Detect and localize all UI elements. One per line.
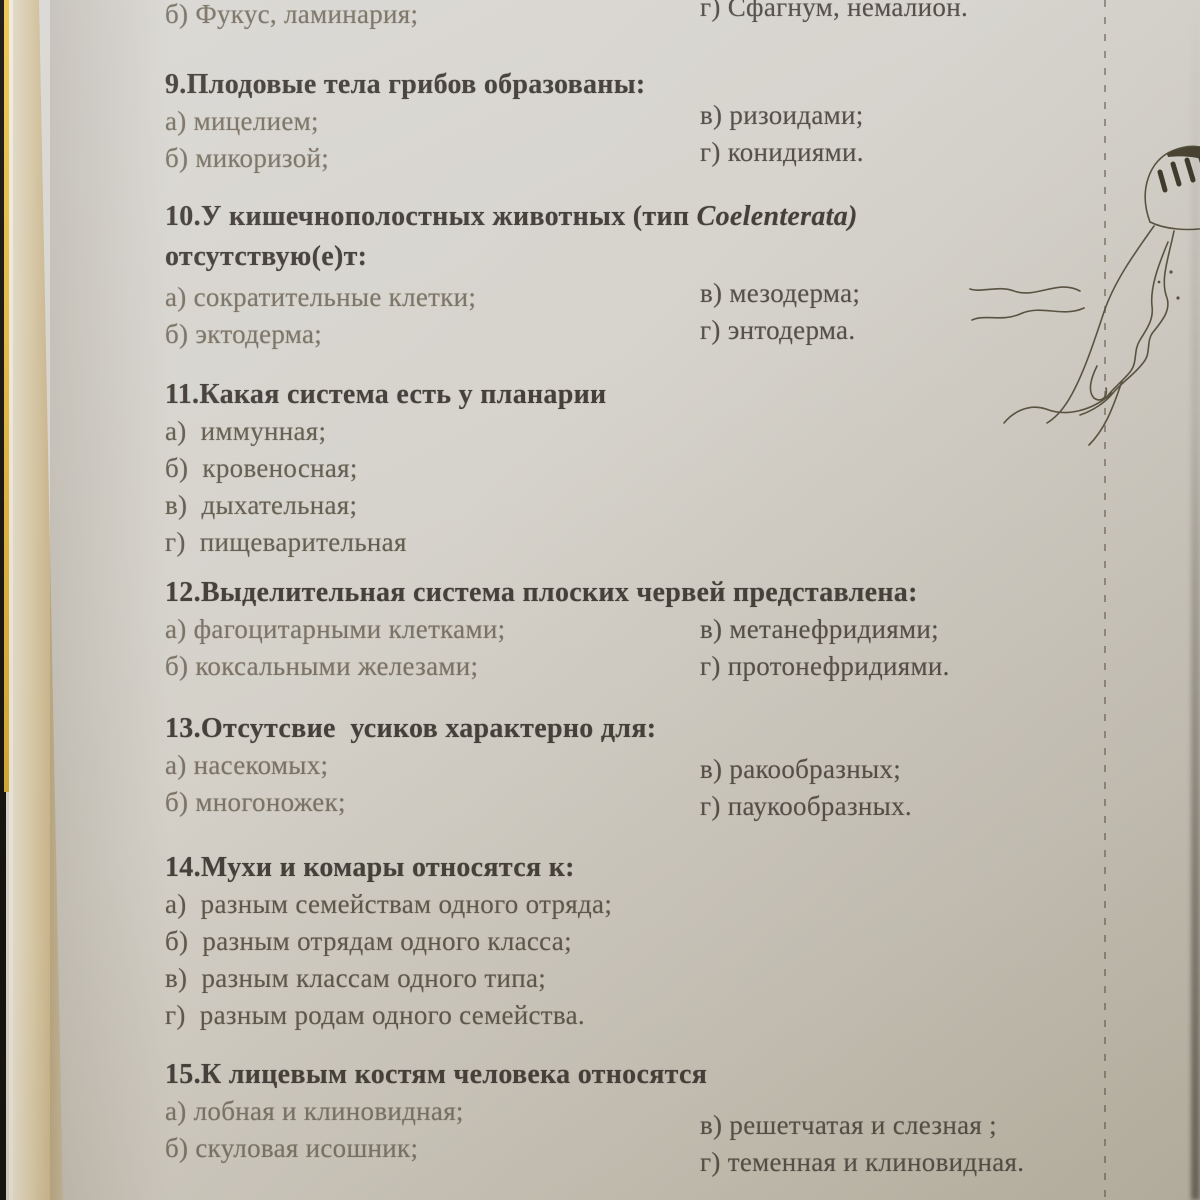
option-a-label: а) лобная и клиновидная; [165, 1093, 700, 1130]
option-b-label: б) коксальными железами; [165, 648, 700, 685]
option-g-label: г) протонефридиями. [700, 648, 1095, 685]
option-g-label: г) Сфагнум, немалион. [700, 0, 1095, 26]
option-g-label: г) пищеварительная [165, 524, 700, 561]
option-v-label: в) мезодерма; [700, 275, 1095, 312]
option-g-label: г) теменная и клиновидная. [700, 1144, 1095, 1181]
latin-name: Coelenterata) [697, 201, 858, 232]
test-page-photo: б) Фукус, ламинария; г) Сфагнум, немалио… [0, 0, 1200, 1200]
question-9-block: 9.Плодовые тела грибов образованы: а) ми… [165, 66, 1095, 177]
option-b-label: б) эктодерма; [165, 316, 700, 353]
right-edge-shadow [1191, 0, 1200, 1200]
question-15-block: 15.К лицевым костям человека относятся а… [165, 1056, 1095, 1167]
option-a-label: а) мицелием; [165, 103, 700, 140]
option-b-label: б) кровеносная; [165, 450, 700, 487]
option-v-label: в) дыхательная; [165, 487, 700, 524]
option-a-label: а) сократительные клетки; [165, 279, 700, 316]
question-title: 10.У кишечнополостных животных (тип Coel… [165, 198, 1095, 235]
question-title: 14.Мухи и комары относятся к: [165, 849, 1095, 886]
option-b-label: б) микоризой; [165, 140, 700, 177]
option-v-label: в) ризоидами; [700, 97, 1095, 134]
question-10-block: 10.У кишечнополостных животных (тип Coel… [165, 198, 1095, 353]
option-a-label: а) разным семействам одного отряда; [165, 886, 700, 923]
title-text: 10.У кишечнополостных животных (тип [165, 201, 697, 232]
question-12-block: 12.Выделительная система плоских червей … [165, 574, 1095, 685]
option-v-label: в) разным классам одного типа; [165, 960, 700, 997]
question-title: 13.Отсутсвие усиков характерно для: [165, 710, 1095, 747]
option-a-label: а) фагоцитарными клетками; [165, 611, 700, 648]
option-b-label: б) многоножек; [165, 784, 700, 821]
option-v-label: в) ракообразных; [700, 751, 1095, 788]
option-a-label: а) иммунная; [165, 413, 700, 450]
question-11-block: 11.Какая система есть у планарии а) имму… [165, 376, 1095, 561]
question-13-block: 13.Отсутсвие усиков характерно для: а) н… [165, 710, 1095, 821]
question-14-block: 14.Мухи и комары относятся к: а) разным … [165, 849, 1095, 1034]
option-v-label: в) метанефридиями; [700, 611, 1095, 648]
option-g-label: г) конидиями. [700, 134, 1095, 171]
question-title-line2: отсутствую(е)т: [165, 235, 1095, 279]
option-b-label: б) скуловая исошник; [165, 1130, 700, 1167]
option-g-label: г) энтодерма. [700, 312, 1095, 349]
page-text: б) Фукус, ламинария; г) Сфагнум, немалио… [0, 0, 1200, 1200]
option-a-label: а) насекомых; [165, 747, 700, 784]
option-b-label: б) Фукус, ламинария; [165, 0, 700, 33]
question-title: 12.Выделительная система плоских червей … [165, 574, 1095, 611]
option-g-label: г) разным родам одного семейства. [165, 997, 700, 1034]
question-title: 15.К лицевым костям человека относятся [165, 1056, 1095, 1093]
question-8-options: б) Фукус, ламинария; г) Сфагнум, немалио… [165, 0, 1095, 33]
option-g-label: г) паукообразных. [700, 788, 1095, 825]
option-b-label: б) разным отрядам одного класса; [165, 923, 700, 960]
option-v-label: в) решетчатая и слезная ; [700, 1107, 1095, 1144]
question-title: 11.Какая система есть у планарии [165, 376, 1095, 413]
